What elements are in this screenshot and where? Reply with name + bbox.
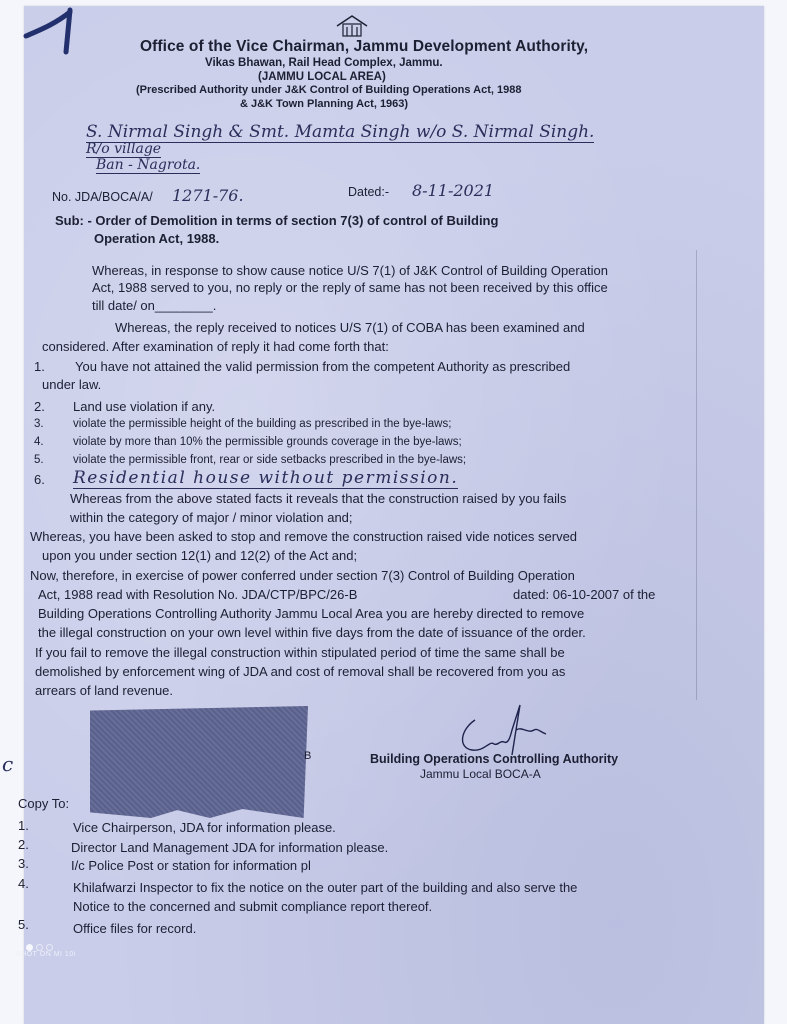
- violation-text-2: Land use violation if any.: [73, 399, 215, 414]
- violation-cont-1: under law.: [42, 377, 101, 392]
- violation-num-2: 2.: [34, 399, 45, 414]
- para5-line3: Building Operations Controlling Authorit…: [38, 606, 584, 621]
- signature-mark: [450, 700, 560, 760]
- copy-text-5: Office files for record.: [73, 921, 196, 936]
- violation-text-6: Residential house without permission.: [73, 468, 458, 489]
- violation-text-3: violate the permissible height of the bu…: [73, 418, 451, 430]
- copy-text-3: I/c Police Post or station for informati…: [71, 858, 311, 873]
- date-label: Dated:-: [348, 185, 389, 199]
- copy-num-3: 3.: [18, 856, 29, 871]
- para5-line4: the illegal construction on your own lev…: [38, 625, 586, 640]
- violation-num-3: 3.: [34, 418, 44, 430]
- copy-text-4: Khilafwarzi Inspector to fix the notice …: [73, 880, 577, 895]
- copy-num-2: 2.: [18, 837, 29, 852]
- authority-line-2: & J&K Town Planning Act, 1963): [240, 98, 408, 110]
- authority-line-1: (Prescribed Authority under J&K Control …: [136, 84, 521, 96]
- para1-line1: Whereas, in response to show cause notic…: [92, 263, 608, 278]
- jda-logo-icon: [335, 14, 369, 38]
- para2-line1: Whereas, the reply received to notices U…: [115, 320, 585, 335]
- addressee-name: S. Nirmal Singh & Smt. Mamta Singh w/o S…: [86, 122, 594, 143]
- camera-watermark: SHOT ON MI 10i: [16, 951, 76, 958]
- copy-text-2: Director Land Management JDA for informa…: [71, 840, 388, 855]
- para4-line1: Whereas, you have been asked to stop and…: [30, 529, 577, 544]
- copy-cont-4: Notice to the concerned and submit compl…: [73, 899, 432, 914]
- para5-line5: If you fail to remove the illegal constr…: [35, 645, 565, 660]
- subject-line-2: Operation Act, 1988.: [94, 231, 219, 246]
- violation-text-4: violate by more than 10% the permissible…: [73, 436, 462, 448]
- violation-text-5: violate the permissible front, rear or s…: [73, 454, 466, 466]
- para3-line1: Whereas from the above stated facts it r…: [70, 491, 566, 506]
- para4-line2: upon you under section 12(1) and 12(2) o…: [42, 548, 357, 563]
- copy-num-5: 5.: [18, 917, 29, 932]
- para5-line7: arrears of land revenue.: [35, 683, 173, 698]
- reference-label: No. JDA/BOCA/A/: [52, 190, 153, 204]
- para1-line3: till date/ on________.: [92, 298, 216, 313]
- authority-subtitle: Jammu Local BOCA-A: [420, 767, 541, 781]
- redacted-marker: B: [304, 750, 311, 762]
- para5-line1: Now, therefore, in exercise of power con…: [30, 568, 575, 583]
- copy-num-1: 1.: [18, 818, 29, 833]
- reference-number: 1271-76.: [172, 186, 244, 205]
- authority-title: Building Operations Controlling Authorit…: [370, 752, 618, 766]
- para3-line2: within the category of major / minor vio…: [70, 510, 353, 525]
- addressee-village: R/o village: [86, 141, 161, 158]
- para1-line2: Act, 1988 served to you, no reply or the…: [92, 280, 608, 295]
- copy-to-label: Copy To:: [18, 796, 69, 811]
- para5-line2b: dated: 06-10-2007 of the: [513, 587, 655, 602]
- copy-text-1: Vice Chairperson, JDA for information pl…: [73, 820, 336, 835]
- violation-text-1: You have not attained the valid permissi…: [75, 359, 570, 374]
- subject-line-1: Sub: - Order of Demolition in terms of s…: [55, 213, 498, 228]
- violation-num-5: 5.: [34, 454, 44, 466]
- para5-line2a: Act, 1988 read with Resolution No. JDA/C…: [38, 587, 357, 602]
- addressee-place: Ban - Nagrota.: [96, 157, 200, 174]
- para2-line2: considered. After examination of reply i…: [42, 339, 389, 354]
- redacted-stamp: [90, 706, 308, 818]
- office-title: Office of the Vice Chairman, Jammu Devel…: [140, 38, 588, 56]
- copy-num-4: 4.: [18, 876, 29, 891]
- violation-num-1: 1.: [34, 359, 45, 374]
- margin-note: c: [2, 752, 13, 776]
- office-area: (JAMMU LOCAL AREA): [258, 71, 386, 83]
- date-value: 8-11-2021: [412, 181, 494, 200]
- para5-line6: demolished by enforcement wing of JDA an…: [35, 664, 565, 679]
- violation-num-6: 6.: [34, 472, 45, 487]
- pen-scribble: [0, 0, 120, 70]
- fold-line: [696, 250, 697, 700]
- office-address: Vikas Bhawan, Rail Head Complex, Jammu.: [205, 57, 443, 69]
- violation-num-4: 4.: [34, 436, 44, 448]
